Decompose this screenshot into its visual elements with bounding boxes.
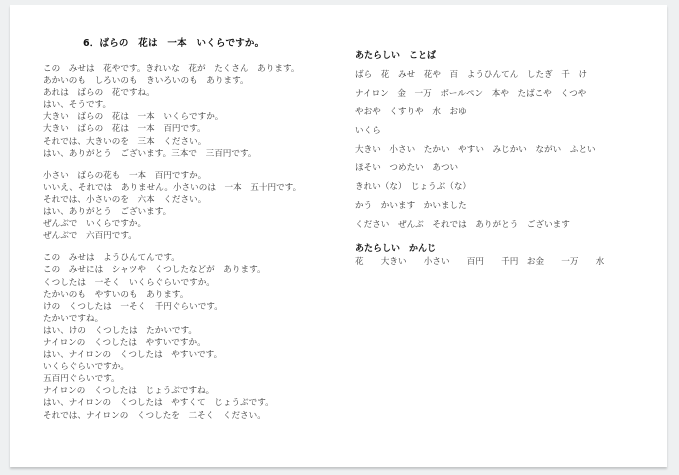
new-kanji-heading: あたらしい かんじ bbox=[355, 242, 655, 256]
text-line: あかいのも しろいのも きいろいのも あります。 bbox=[43, 75, 343, 87]
text-line: この みせは ようひんてんです。 bbox=[43, 252, 343, 264]
text-line: くつしたは 一そく いくらぐらいですか。 bbox=[43, 277, 343, 289]
text-line: 小さい ばらの花も 一本 百円ですか。 bbox=[43, 170, 343, 182]
text-line: ぜんぶで 六百円です。 bbox=[43, 230, 343, 242]
text-line: それでは、大きいのを 三本 ください。 bbox=[43, 136, 343, 148]
text-line: この みせは 花やです。きれいな 花が たくさん あります。 bbox=[43, 63, 343, 75]
vocabulary-column: あたらしい ことば ばら 花 みせ 花や 百 ようひんてん したぎ 千 け ナイ… bbox=[355, 49, 655, 268]
text-line: はい、ナイロンの くつしたは やすくて じょうぶです。 bbox=[43, 397, 343, 409]
vocab-line: ください ぜんぶ それでは ありがとう ございます bbox=[355, 216, 655, 235]
vocab-line: かう かいます かいました bbox=[355, 197, 655, 216]
text-line: けの くつしたは 一そく 千円ぐらいです。 bbox=[43, 301, 343, 313]
text-line: あれは ばらの 花ですね。 bbox=[43, 87, 343, 99]
vocab-line: ほそい つめたい あつい bbox=[355, 159, 655, 178]
new-words-heading: あたらしい ことば bbox=[355, 49, 655, 63]
text-line: はい、けの くつしたは たかいです。 bbox=[43, 325, 343, 337]
text-line: この みせには シャツや くつしたなどが あります。 bbox=[43, 264, 343, 276]
text-line: それでは、小さいのを 六本 ください。 bbox=[43, 194, 343, 206]
text-line: はい、ありがとう ございます。三本で 三百円です。 bbox=[43, 148, 343, 160]
text-line: いくらぐらいですか。 bbox=[43, 361, 343, 373]
text-line: はい、ナイロンの くつしたは やすいです。 bbox=[43, 349, 343, 361]
vocab-line: いくら bbox=[355, 122, 655, 141]
vocab-line: 大きい 小さい たかい やすい みじかい ながい ふとい bbox=[355, 141, 655, 160]
paragraph-small-roses: 小さい ばらの花も 一本 百円ですか。 いいえ、それでは ありません。小さいのは… bbox=[43, 170, 343, 243]
text-line: ぜんぶで いくらですか。 bbox=[43, 218, 343, 230]
vocab-line: ばら 花 みせ 花や 百 ようひんてん したぎ 千 け bbox=[355, 66, 655, 85]
text-line: はい、そうです。 bbox=[43, 99, 343, 111]
new-kanji-section: あたらしい かんじ 花 大きい 小さい 百円 千円 お金 一万 水 bbox=[355, 242, 655, 268]
text-line: それでは、ナイロンの くつしたを 二そく ください。 bbox=[43, 410, 343, 422]
new-words-list: ばら 花 みせ 花や 百 ようひんてん したぎ 千 け ナイロン 金 一万 ボー… bbox=[355, 66, 655, 234]
vocab-line: ナイロン 金 一万 ボールペン 本や たばこや くつや bbox=[355, 85, 655, 104]
document-page: 6．ばらの 花は 一本 いくらですか。 この みせは 花やです。きれいな 花が … bbox=[10, 5, 667, 467]
text-line: 五百円ぐらいです。 bbox=[43, 373, 343, 385]
paragraph-flower-shop: この みせは 花やです。きれいな 花が たくさん あります。 あかいのも しろい… bbox=[43, 63, 343, 160]
vocab-line: やおや くすりや 水 おゆ bbox=[355, 103, 655, 122]
text-line: いいえ、それでは ありません。小さいのは 一本 五十円です。 bbox=[43, 182, 343, 194]
text-line: たかいですね。 bbox=[43, 313, 343, 325]
vocab-line: きれい（な） じょうぶ（な） bbox=[355, 178, 655, 197]
text-line: はい、ありがとう ございます。 bbox=[43, 206, 343, 218]
text-line: ナイロンの くつしたは じょうぶですね。 bbox=[43, 385, 343, 397]
paragraph-clothing-store: この みせは ようひんてんです。 この みせには シャツや くつしたなどが あり… bbox=[43, 252, 343, 421]
text-line: たかいのも やすいのも あります。 bbox=[43, 289, 343, 301]
kanji-list: 花 大きい 小さい 百円 千円 お金 一万 水 bbox=[355, 256, 655, 268]
text-line: 大きい ばらの 花は 一本 いくらですか。 bbox=[43, 111, 343, 123]
lesson-text-column: 6．ばらの 花は 一本 いくらですか。 この みせは 花やです。きれいな 花が … bbox=[43, 36, 343, 422]
text-line: 大きい ばらの 花は 一本 百円です。 bbox=[43, 123, 343, 135]
lesson-title: 6．ばらの 花は 一本 いくらですか。 bbox=[83, 36, 343, 51]
text-line: ナイロンの くつしたは やすいですか。 bbox=[43, 337, 343, 349]
